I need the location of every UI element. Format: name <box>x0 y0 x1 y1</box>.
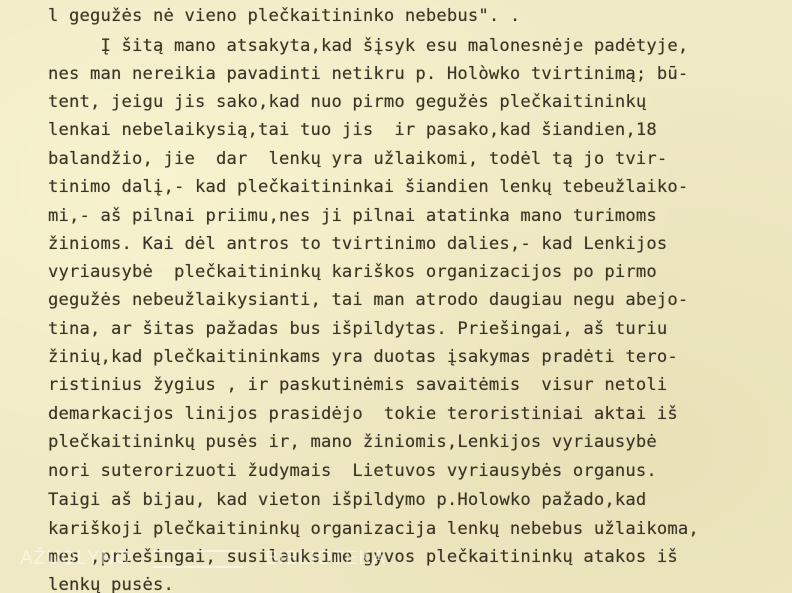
text-line: lenkai nebelaikysią,tai tuo jis ir pasak… <box>48 120 657 140</box>
text-line: nes man nereikia pavadinti netikru p. Ho… <box>48 64 688 84</box>
text-line: balandžio, jie dar lenkų yra užlaikomi, … <box>48 149 667 169</box>
text-line: demarkacijos linijos prasidėjo tokie ter… <box>48 404 678 424</box>
text-line: tinimo dalį,- kad plečkaitininkai šiandi… <box>48 177 688 197</box>
text-line: ristinius žygius , ir paskutinėmis savai… <box>48 375 667 395</box>
text-line: tent, jeigu jis sako,kad nuo pirmo geguž… <box>48 92 646 112</box>
text-line: l gegužės nė vieno plečkaitininko nebebu… <box>48 6 520 26</box>
text-line: žinioms. Kai dėl antros to tvirtinimo da… <box>48 234 667 254</box>
text-line: tina, ar šitas pažadas bus išpildytas. P… <box>48 319 667 339</box>
text-line: žinių,kad plečkaitininkams yra duotas įs… <box>48 347 678 367</box>
text-line: mi,- aš pilnai priimu,nes ji pilnai atat… <box>48 206 657 226</box>
text-line: Taigi aš bijau, kad vieton išpildymo p.H… <box>48 490 646 510</box>
text-line: lenkų pusės. <box>48 575 174 593</box>
text-line: kariškoji plečkaitininkų organizacija le… <box>48 519 699 539</box>
text-line: vyriausybė plečkaitininkų kariškos organ… <box>48 262 657 282</box>
text-line: plečkaitininkų pusės ir, mano žiniomis,L… <box>48 432 657 452</box>
text-line: nori suterorizuoti žudymais Lietuvos vyr… <box>48 461 657 481</box>
text-line: mes ,priešingai, susilauksime gyvos pleč… <box>48 547 678 567</box>
text-line: gegužės nebeužlaikysianti, tai man atrod… <box>48 290 688 310</box>
text-line: Į šitą mano atsakyta,kad šįsyk esu malon… <box>48 36 688 56</box>
